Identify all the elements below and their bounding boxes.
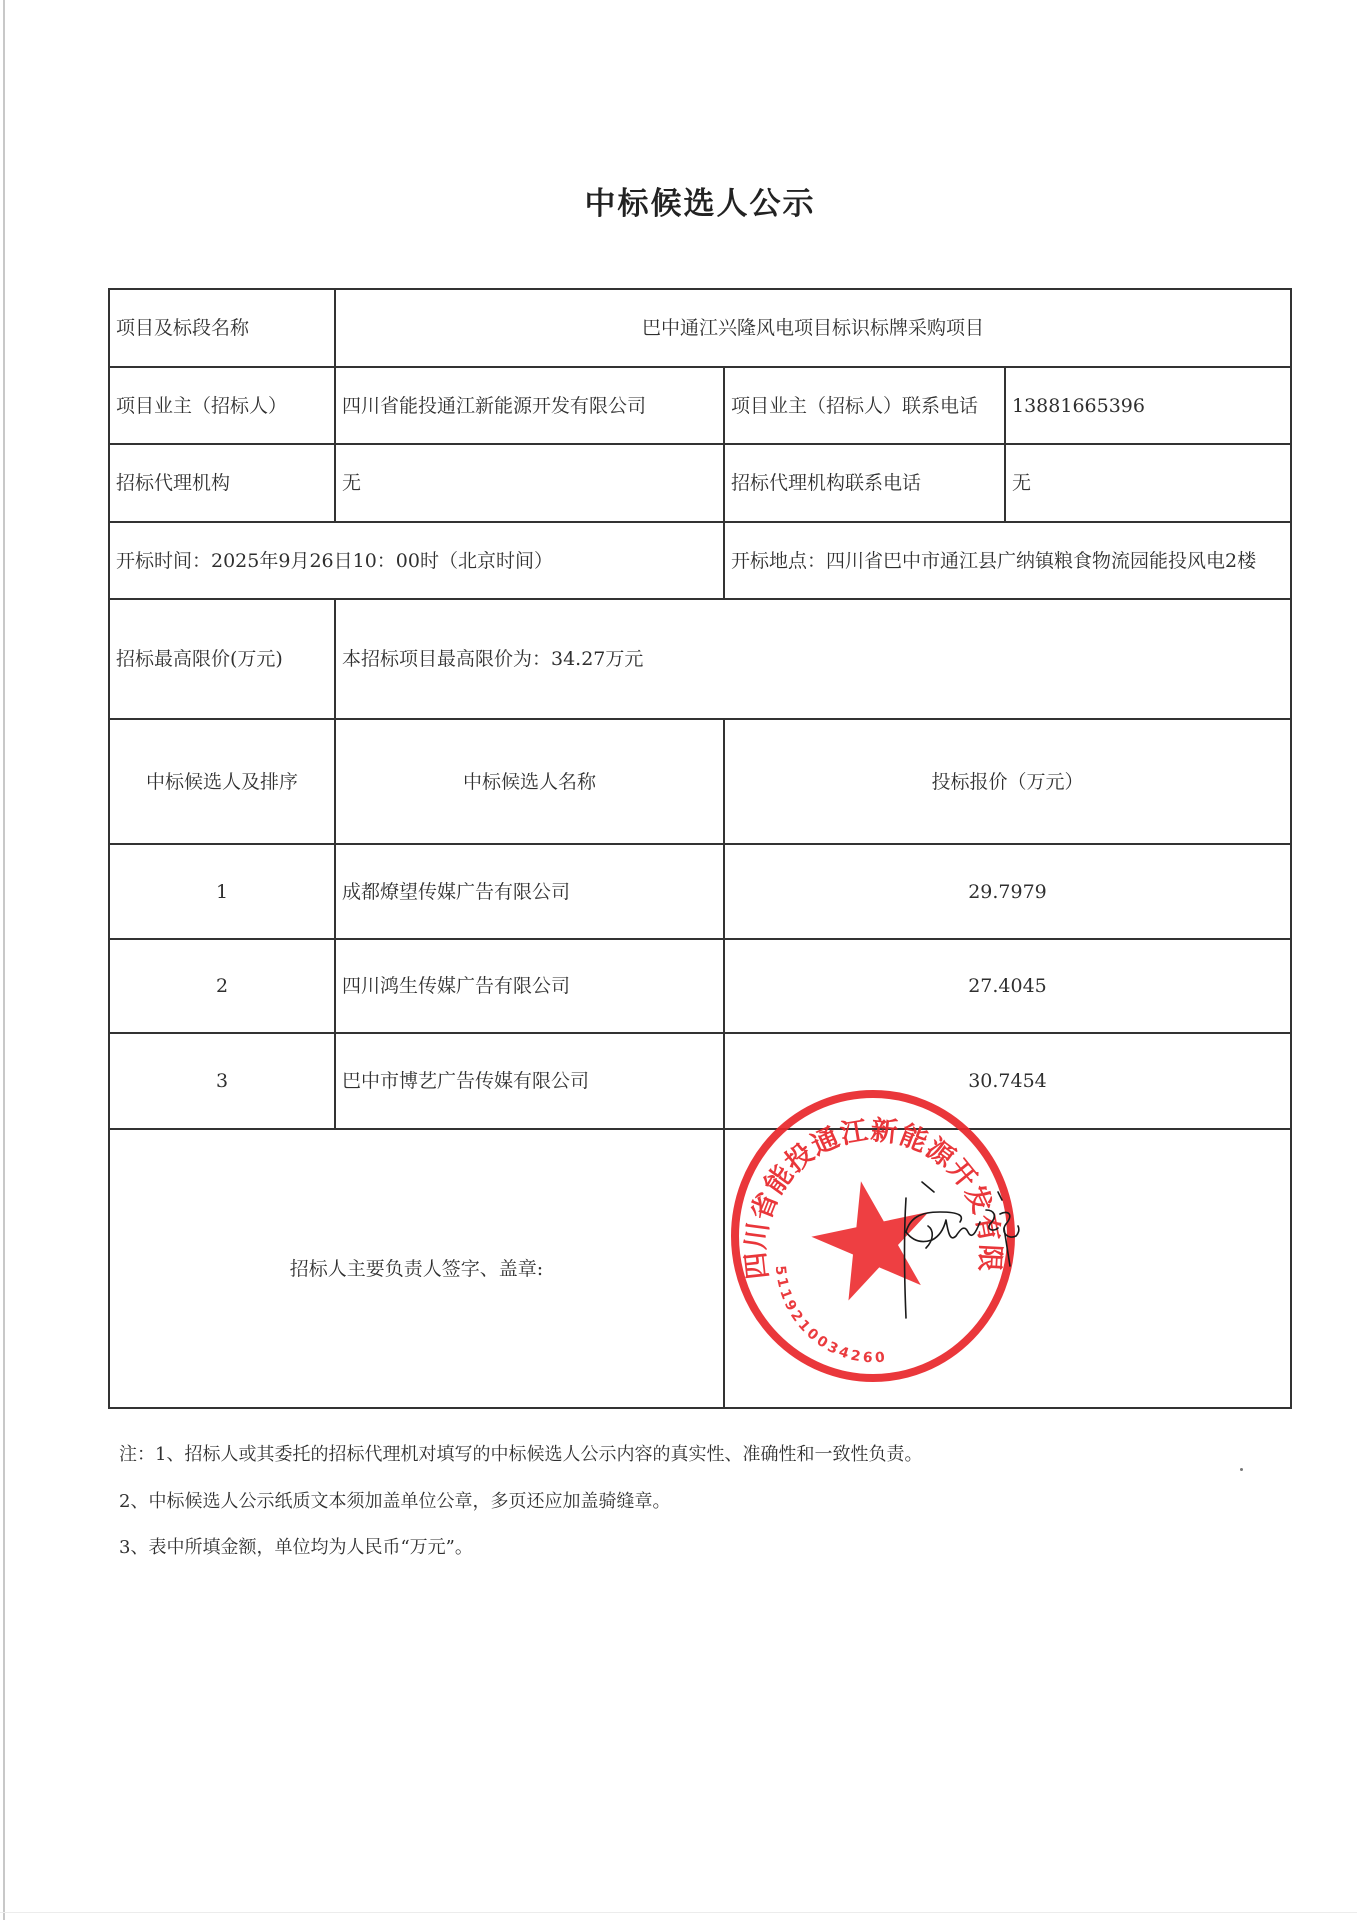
max-price-value: 本招标项目最高限价为：34.27万元 [336,600,1290,718]
scan-speck [1240,1468,1243,1471]
candidate-bid: 30.7454 [725,1034,1290,1128]
owner-label: 项目业主（招标人） [110,368,334,443]
candidate-name: 成都燎望传媒广告有限公司 [336,845,723,938]
announcement-table: 项目及标段名称 巴中通江兴隆风电项目标识标牌采购项目 项目业主（招标人） 四川省… [108,288,1291,1408]
project-name-label: 项目及标段名称 [110,290,334,366]
table-border-bottom [108,1407,1292,1409]
scan-edge-left [3,0,5,1920]
candidate-rank: 3 [110,1034,334,1128]
signature-label: 招标人主要负责人签字、盖章: [110,1130,723,1407]
table-border-right [1290,288,1292,1409]
opening-place: 开标地点：四川省巴中市通江县广纳镇粮食物流园能投风电2楼 [725,523,1290,598]
signature-area [725,1130,1290,1407]
owner-phone-value: 13881665396 [1006,368,1290,443]
opening-time: 开标时间：2025年9月26日10：00时（北京时间） [110,523,723,598]
candidate-bid: 27.4045 [725,940,1290,1032]
owner-phone-label: 项目业主（招标人）联系电话 [725,368,1004,443]
page-title: 中标候选人公示 [0,178,1357,223]
candidate-name: 巴中市博艺广告传媒有限公司 [336,1034,723,1128]
header-bid: 投标报价（万元） [725,720,1290,843]
note-2: 2、中标候选人公示纸质文本须加盖单位公章，多页还应加盖骑缝章。 [119,1487,670,1513]
header-name: 中标候选人名称 [336,720,723,843]
agency-phone-value: 无 [1006,445,1290,521]
candidate-rank: 1 [110,845,334,938]
candidate-rank: 2 [110,940,334,1032]
note-1: 注：1、招标人或其委托的招标代理机对填写的中标候选人公示内容的真实性、准确性和一… [119,1440,922,1466]
project-name-value: 巴中通江兴隆风电项目标识标牌采购项目 [336,290,1290,366]
owner-value: 四川省能投通江新能源开发有限公司 [336,368,723,443]
max-price-label: 招标最高限价(万元) [110,600,334,718]
scan-edge-bottom [0,1912,1357,1913]
candidate-bid: 29.7979 [725,845,1290,938]
agency-value: 无 [336,445,723,521]
agency-label: 招标代理机构 [110,445,334,521]
header-rank: 中标候选人及排序 [110,720,334,843]
note-3: 3、表中所填金额，单位均为人民币“万元”。 [119,1533,473,1559]
agency-phone-label: 招标代理机构联系电话 [725,445,1004,521]
candidate-name: 四川鸿生传媒广告有限公司 [336,940,723,1032]
